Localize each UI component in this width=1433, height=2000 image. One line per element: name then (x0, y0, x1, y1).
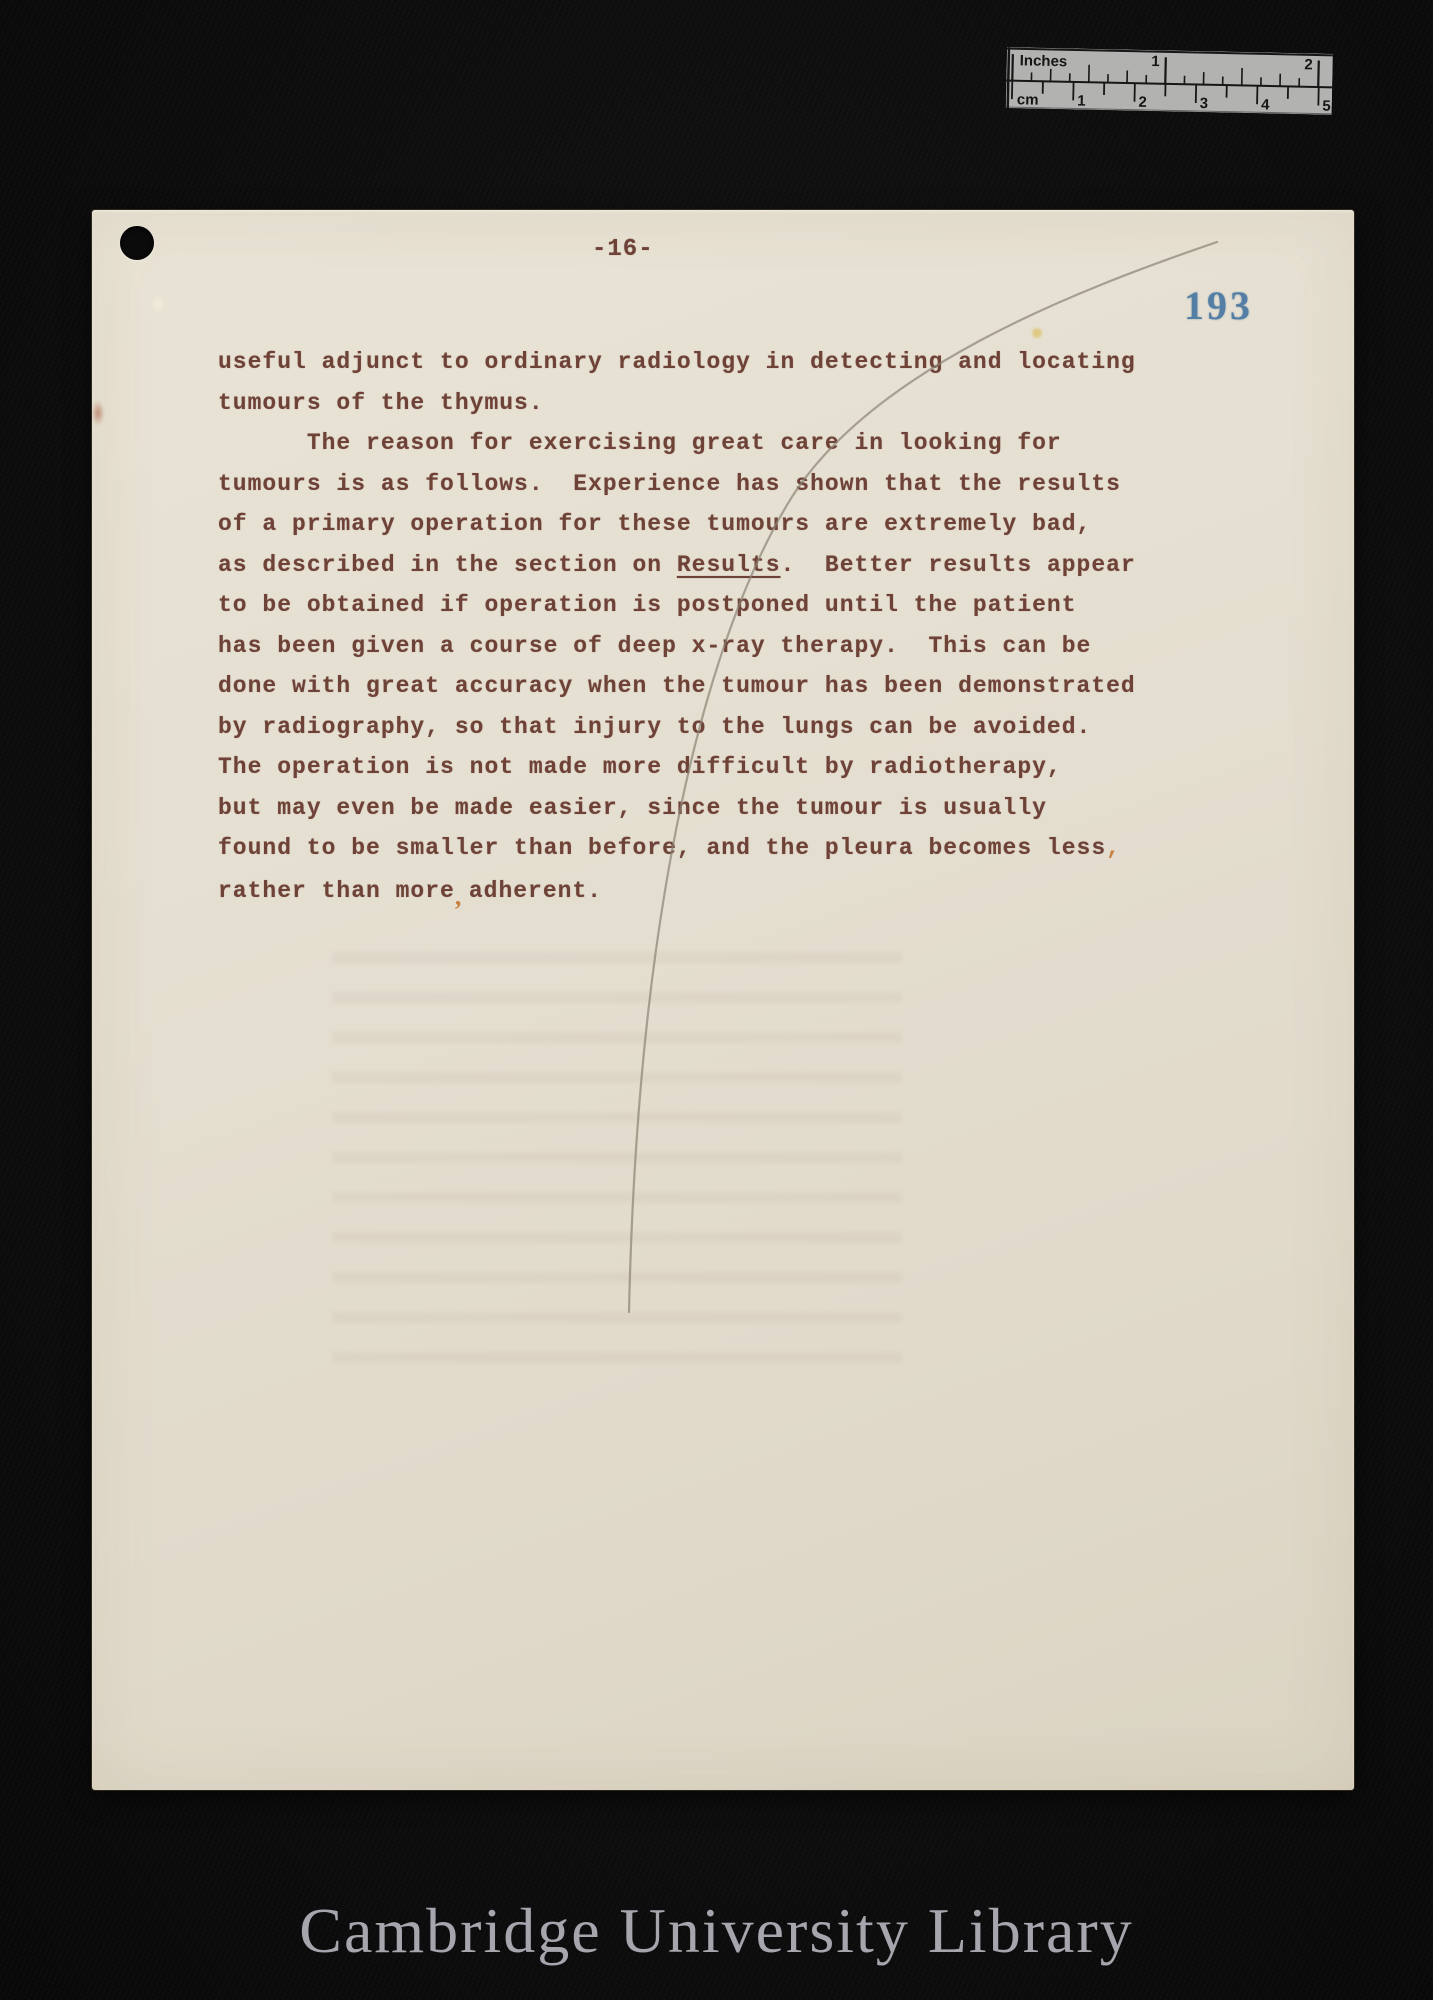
text-segment: . Better results appear (781, 552, 1136, 578)
verso-show-through (332, 952, 902, 1370)
text-segment-underline: Results (677, 552, 781, 578)
text-line: to be obtained if operation is postponed… (218, 585, 1136, 626)
text-line: The reason for exercising great care in … (218, 423, 1136, 464)
text-segment-pen-low: , (455, 877, 469, 918)
text-segment: done with great accuracy when the tumour… (218, 673, 1136, 699)
svg-text:4: 4 (1261, 96, 1270, 113)
text-segment: The reason for exercising great care in … (218, 430, 1062, 456)
text-line: found to be smaller than before, and the… (218, 828, 1136, 869)
text-line: The operation is not made more difficult… (218, 747, 1136, 788)
text-segment: adherent. (469, 878, 602, 904)
text-line: has been given a course of deep x-ray th… (218, 626, 1136, 667)
text-segment: tumours of the thymus. (218, 390, 544, 416)
text-segment: The operation is not made more difficult… (218, 754, 1062, 780)
svg-text:cm: cm (1017, 91, 1039, 108)
ruler-graphic: Inchescm1212345 (1006, 47, 1333, 115)
svg-text:5: 5 (1322, 98, 1331, 115)
library-watermark: Cambridge University Library (0, 1896, 1433, 1966)
punch-hole-icon (120, 226, 154, 260)
text-segment: as described in the section on (218, 552, 677, 578)
folio-stamp: 193 (1184, 286, 1253, 326)
svg-text:2: 2 (1304, 56, 1313, 73)
scan-background: Inchescm1212345 -16- 193 useful adjunct … (0, 0, 1433, 2000)
svg-text:2: 2 (1138, 94, 1147, 111)
scale-ruler: Inchescm1212345 (1006, 47, 1333, 120)
text-segment: but may even be made easier, since the t… (218, 795, 1047, 821)
text-segment: by radiography, so that injury to the lu… (218, 714, 1091, 740)
text-line: useful adjunct to ordinary radiology in … (218, 342, 1136, 383)
text-line: tumours is as follows. Experience has sh… (218, 464, 1136, 505)
page-number: -16- (592, 238, 654, 262)
svg-text:1: 1 (1151, 53, 1160, 70)
typewritten-text: useful adjunct to ordinary radiology in … (218, 342, 1136, 911)
svg-text:Inches: Inches (1020, 52, 1068, 70)
svg-text:3: 3 (1200, 95, 1209, 112)
text-segment: has been given a course of deep x-ray th… (218, 633, 1091, 659)
text-segment: found to be smaller than before, and the… (218, 835, 1106, 861)
text-line: but may even be made easier, since the t… (218, 788, 1136, 829)
paper-stain (1032, 328, 1042, 338)
text-segment-pen: , (1106, 835, 1121, 861)
text-segment: useful adjunct to ordinary radiology in … (218, 349, 1136, 375)
paper-stain (148, 290, 168, 318)
text-line: done with great accuracy when the tumour… (218, 666, 1136, 707)
text-segment: tumours is as follows. Experience has sh… (218, 471, 1121, 497)
text-line: by radiography, so that injury to the lu… (218, 707, 1136, 748)
text-segment: rather than more (218, 878, 455, 904)
text-segment: to be obtained if operation is postponed… (218, 592, 1077, 618)
document-page: -16- 193 useful adjunct to ordinary radi… (92, 210, 1354, 1790)
text-line: of a primary operation for these tumours… (218, 504, 1136, 545)
svg-text:1: 1 (1077, 92, 1086, 109)
text-line: rather than more,adherent. (218, 869, 1136, 912)
text-line: tumours of the thymus. (218, 383, 1136, 424)
paper-stain (89, 396, 107, 430)
text-line: as described in the section on Results. … (218, 545, 1136, 586)
text-segment: of a primary operation for these tumours… (218, 511, 1091, 537)
